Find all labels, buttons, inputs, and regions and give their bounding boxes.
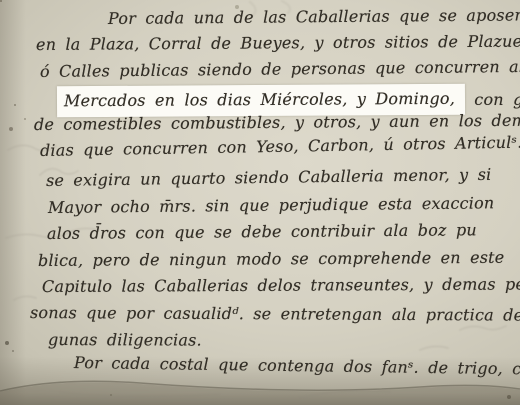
manuscript-line: ó Calles publicas siendo de personas que… bbox=[40, 54, 518, 85]
manuscript-line: blica, pero de ningun modo se comprehend… bbox=[38, 244, 518, 274]
manuscript-line: Por cada una de las Caballerias que se a… bbox=[108, 2, 518, 32]
line-text: se exigira un quarto siendo Caballeria m… bbox=[46, 165, 492, 190]
line-text: Por cada costal que contenga dos fanˢ. d… bbox=[74, 353, 520, 379]
line-text: con generoˢ bbox=[465, 90, 520, 109]
manuscript-line: Por cada costal que contenga dos fanˢ. d… bbox=[74, 350, 518, 383]
manuscript-photo: Por cada una de las Caballerias que se a… bbox=[0, 0, 520, 405]
line-text: alos d̄ros con que se debe contribuir al… bbox=[47, 220, 477, 243]
line-text: dias que concurren con Yeso, Carbon, ú o… bbox=[40, 133, 520, 160]
manuscript-line: Mayor ocho m̄rs. sin que perjudique esta… bbox=[48, 190, 518, 221]
manuscript-line: Capitulo las Caballerias delos transeunt… bbox=[42, 271, 518, 300]
manuscript-line: alos d̄ros con que se debe contribuir al… bbox=[47, 217, 518, 247]
line-text: Mayor ocho m̄rs. sin que perjudique esta… bbox=[48, 193, 495, 217]
line-text: sonas que por casualidᵈ. se entretengan … bbox=[30, 303, 520, 325]
line-text: ó Calles publicas siendo de personas que… bbox=[40, 57, 520, 81]
paper-specks bbox=[0, 0, 2, 2]
line-text: en la Plaza, Corral de Bueyes, y otros s… bbox=[36, 32, 520, 55]
manuscript-text: Por cada una de las Caballerias que se a… bbox=[30, 6, 518, 376]
line-text: Por cada una de las Caballerias que se a… bbox=[108, 5, 520, 28]
line-text: gunas diligencias. bbox=[48, 330, 202, 350]
line-text: blica, pero de ningun modo se comprehend… bbox=[38, 247, 505, 269]
line-text: Capitulo las Caballerias delos transeunt… bbox=[42, 274, 520, 296]
manuscript-line: sonas que por casualidᵈ. se entretengan … bbox=[30, 300, 518, 329]
manuscript-line: se exigira un quarto siendo Caballeria m… bbox=[46, 162, 518, 195]
